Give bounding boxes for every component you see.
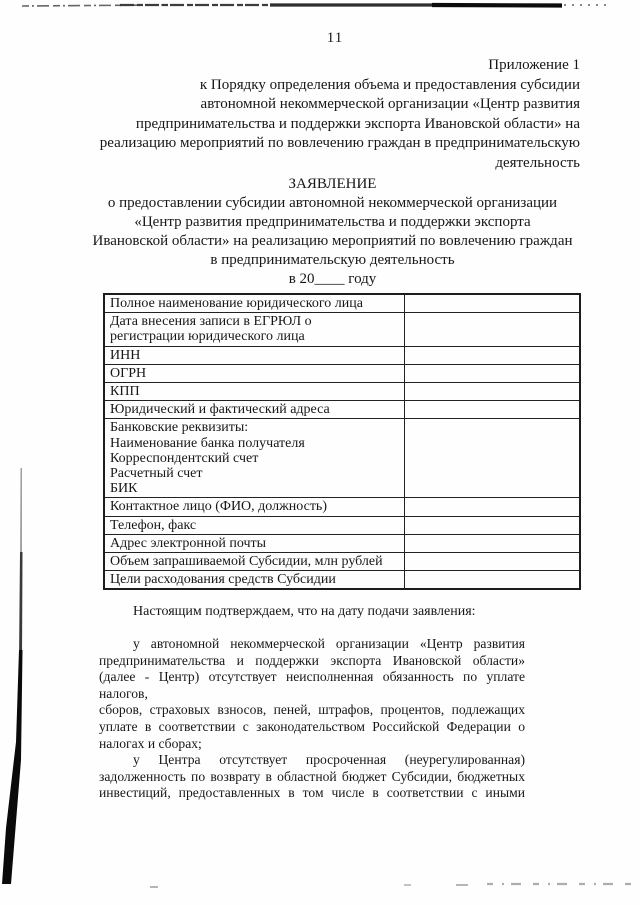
paragraph-line: уплате в соответствии с законодательство… (99, 719, 525, 736)
field-label: Дата внесения записи в ЕГРЮЛ о регистрац… (105, 313, 405, 345)
field-value (405, 347, 579, 364)
field-label: ИНН (105, 347, 405, 364)
field-value (405, 535, 579, 552)
field-label: КПП (105, 383, 405, 400)
field-value (405, 295, 579, 312)
table-row: Контактное лицо (ФИО, должность) (105, 498, 579, 516)
table-row: ИНН (105, 347, 579, 365)
paragraph-line: сборов, страховых взносов, пеней, штрафо… (99, 702, 525, 719)
table-row: ОГРН (105, 365, 579, 383)
table-row: Банковские реквизиты: Наименование банка… (105, 419, 579, 498)
application-form-table: Полное наименование юридического лицаДат… (103, 293, 581, 590)
table-row: Дата внесения записи в ЕГРЮЛ о регистрац… (105, 313, 579, 346)
table-row: КПП (105, 383, 579, 401)
field-value (405, 401, 579, 418)
table-row: Телефон, факс (105, 517, 579, 535)
field-value (405, 498, 579, 515)
table-row: Объем запрашиваемой Субсидии, млн рублей (105, 553, 579, 571)
field-label: Объем запрашиваемой Субсидии, млн рублей (105, 553, 405, 570)
table-row: Цели расходования средств Субсидии (105, 571, 579, 588)
field-label: Цели расходования средств Субсидии (105, 571, 405, 588)
field-value (405, 365, 579, 382)
paragraph-line: у Центра отсутствует просроченная (неуре… (99, 752, 525, 769)
field-value (405, 313, 579, 345)
paragraph-line: инвестиций, предоставленных в том числе … (99, 785, 525, 802)
scan-edge-line (22, 5, 162, 6)
application-title: ЗАЯВЛЕНИЕ о предоставлении субсидии авто… (85, 175, 580, 289)
statement-paragraph-debt: у Центра отсутствует просроченная (неуре… (99, 752, 525, 802)
field-value (405, 571, 579, 588)
scanned-document-page: 11 Приложение 1 к Порядку определения об… (0, 0, 640, 905)
paragraph-line: у автономной некоммерческой организации … (99, 636, 525, 653)
confirmation-intro: Настоящим подтверждаем, что на дату пода… (99, 604, 529, 620)
field-label: Телефон, факс (105, 517, 405, 534)
scan-spine-shadow (20, 468, 22, 562)
field-label: Полное наименование юридического лица (105, 295, 405, 312)
field-label: ОГРН (105, 365, 405, 382)
field-label: Контактное лицо (ФИО, должность) (105, 498, 405, 515)
field-value (405, 419, 579, 497)
paragraph-line: (далее - Центр) отсутствует неисполненна… (99, 669, 525, 702)
field-label: Банковские реквизиты: Наименование банка… (105, 419, 405, 497)
field-value (405, 517, 579, 534)
appendix-header: Приложение 1 к Порядку определения объем… (95, 56, 580, 173)
scan-edge-line (432, 5, 562, 6)
statements-block: у автономной некоммерческой организации … (99, 636, 525, 802)
field-value (405, 553, 579, 570)
scan-spine-shadow (2, 650, 23, 884)
statement-paragraph-taxes: у автономной некоммерческой организации … (99, 636, 525, 752)
table-row: Полное наименование юридического лица (105, 295, 579, 313)
field-value (405, 383, 579, 400)
table-row: Адрес электронной почты (105, 535, 579, 553)
page-number: 11 (30, 30, 640, 47)
paragraph-line: предпринимательства и поддержки экспорта… (99, 653, 525, 670)
table-row: Юридический и фактический адреса (105, 401, 579, 419)
field-label: Адрес электронной почты (105, 535, 405, 552)
paragraph-line: налогах и сборах; (99, 736, 525, 753)
field-label: Юридический и фактический адреса (105, 401, 405, 418)
scan-spine-shadow (19, 552, 23, 662)
paragraph-line: задолженность по возврату в областной бю… (99, 769, 525, 786)
